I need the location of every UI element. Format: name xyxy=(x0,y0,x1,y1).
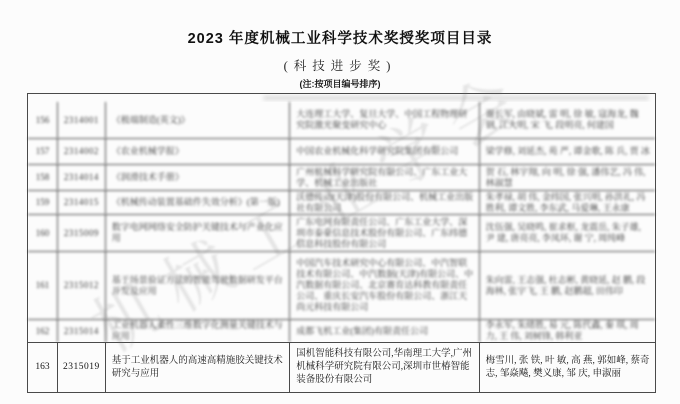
project-title-cell: 《极端制造(英文)》 xyxy=(106,102,290,138)
project-code-cell: 2315009 xyxy=(58,215,106,251)
page-subtitle: (科技进步奖) xyxy=(0,56,680,74)
organizations-cell: 广州机械科学研究院有限公司、广东工业大学、机械工业出版社 xyxy=(290,165,479,190)
project-title-cell: 《农业机械学报》 xyxy=(106,139,290,164)
awardees-cell: 梁学修, 刘延杰, 苑 严, 谭金歌, 陈 兵, 贾 冰 xyxy=(480,139,655,164)
table-row: 157 2314002 《农业机械学报》 中国农业机械化科学研究院集团有限公司 … xyxy=(28,138,655,164)
table-row: 163 2315019 基于工业机器人的高速高精施胶关键技术研究与应用 国机智能… xyxy=(28,342,655,392)
project-code-cell: 2314001 xyxy=(58,102,106,138)
project-code: 2314015 xyxy=(64,197,99,208)
awardees-cell: 梅雪川, 张 铁, 叶 敏, 高 燕, 郭如峰, 蔡奇志, 邹焱飚, 樊义康, … xyxy=(480,343,655,392)
table-row: 156 2314001 《极端制造(英文)》 大连理工大学、复旦大学、中国工程物… xyxy=(28,102,655,138)
row-number: 156 xyxy=(36,115,50,126)
organizations: 中国汽车技术研究中心有限公司、中汽智联技术有限公司、中汽数据(天津)有限公司、中… xyxy=(296,258,475,313)
project-title: 基于工业机器人的高速高精施胶关键技术研究与应用 xyxy=(112,355,286,381)
table-row: 160 2315009 数字电网网络安全防护关键技术与产业化应用 广东电网有限责… xyxy=(28,214,655,251)
table-row: 161 2315012 基于场景验证方法的智能驾驶数据研发平台开发及应用 中国汽… xyxy=(28,251,655,319)
awardees: 李永军, 朱绪胜, 易 元, 陈代鑫, 秦 琪, 周 力, 王 伟, 刘树锋, … xyxy=(486,320,652,342)
row-number: 157 xyxy=(36,146,50,157)
project-title-cell: 工业机器人柔性三维数字化测量关键技术与应用 xyxy=(106,320,290,342)
project-code-cell: 2315012 xyxy=(58,252,106,319)
row-number-cell: 156 xyxy=(28,102,58,138)
organizations-cell: 广东电网有限责任公司、广东工业大学、深圳市泰豪信息技术股份有限公司、广东纬德信息… xyxy=(290,215,479,251)
project-code: 2315012 xyxy=(64,280,99,291)
project-code: 2314014 xyxy=(64,172,99,183)
project-code-cell: 2315014 xyxy=(58,320,106,342)
project-title: 《润滑技术手册》 xyxy=(112,172,184,183)
table-row: 162 2315014 工业机器人柔性三维数字化测量关键技术与应用 成都飞机工业… xyxy=(28,319,655,342)
row-number: 162 xyxy=(36,326,50,337)
awardees: 沈伍强, 吴晓鸣, 崔求枢, 龙震岳, 朱子雄, 尹 建, 唐亮亮, 李凤环, … xyxy=(486,222,652,244)
awardees-cell: 谢长军, 由晓斌, 雷 明, 徐 敏, 寇海龙, 魏 钢, 江大明, 宋 飞, … xyxy=(480,102,655,138)
row-number-cell: 157 xyxy=(28,139,58,164)
awardees: 梅雪川, 张 铁, 叶 敏, 高 燕, 郭如峰, 蔡奇志, 邹焱飚, 樊义康, … xyxy=(486,355,652,381)
row-number-cell: 160 xyxy=(28,215,58,251)
project-title-cell: 数字电网网络安全防护关键技术与产业化应用 xyxy=(106,215,290,251)
organizations: 大连理工大学、复旦大学、中国工程物理研究院激光聚变研究中心 xyxy=(296,109,475,131)
project-code: 2315009 xyxy=(64,228,99,239)
awardees: 梁学修, 刘延杰, 苑 严, 谭金歌, 陈 兵, 贾 冰 xyxy=(486,146,650,157)
row-number: 161 xyxy=(36,280,50,291)
organizations: 广东电网有限责任公司、广东工业大学、深圳市泰豪信息技术股份有限公司、广东纬德信息… xyxy=(296,217,475,250)
organizations: 成都飞机工业(集团)有限责任公司 xyxy=(296,326,428,337)
organizations: 沃德传动(天津)股份有限公司、机械工业出版社有限公司 xyxy=(296,192,475,214)
clipped-top-row xyxy=(28,94,655,102)
project-title-cell: 《机械传动装置基础件失效分析》(第一版) xyxy=(106,191,290,214)
organizations: 国机智能科技有限公司,华南理工大学,广州机械科学研究院有限公司,深圳市世椿智能装… xyxy=(296,348,475,387)
row-number-cell: 159 xyxy=(28,191,58,214)
project-title: 数字电网网络安全防护关键技术与产业化应用 xyxy=(112,222,286,244)
organizations-cell: 中国汽车技术研究中心有限公司、中汽智联技术有限公司、中汽数据(天津)有限公司、中… xyxy=(290,252,479,319)
table-row: 158 2314014 《润滑技术手册》 广州机械科学研究院有限公司、广东工业大… xyxy=(28,164,655,190)
row-number-cell: 161 xyxy=(28,252,58,319)
project-code-cell: 2314014 xyxy=(58,165,106,190)
organizations-cell: 中国农业机械化科学研究院集团有限公司 xyxy=(290,139,479,164)
awardees: 贺 石, 林宇翔, 向 明, 徐 强, 潘伟艺, 冯 伟, 林淑慧 xyxy=(486,167,652,189)
organizations-cell: 成都飞机工业(集团)有限责任公司 xyxy=(290,320,479,342)
awardees-cell: 朱孝禄, 胡 伟, 金纬国, 张兴明, 孙洪礼, 冯胜利, 谭文胜, 李东武, … xyxy=(480,191,655,214)
row-number-cell: 162 xyxy=(28,320,58,342)
project-title: 《极端制造(英文)》 xyxy=(112,115,190,126)
row-number-cell: 158 xyxy=(28,165,58,190)
row-number: 163 xyxy=(35,361,49,374)
award-project-table: 156 2314001 《极端制造(英文)》 大连理工大学、复旦大学、中国工程物… xyxy=(27,93,656,393)
awardees-cell: 朱向雷, 王志强, 杜志彬, 黄晓延, 赵 鹏, 段海林, 张宇飞, 王 鹏, … xyxy=(480,252,655,319)
awardees: 谢长军, 由晓斌, 雷 明, 徐 敏, 寇海龙, 魏 钢, 江大明, 宋 飞, … xyxy=(486,109,652,131)
project-code-cell: 2314002 xyxy=(58,139,106,164)
organizations-cell: 沃德传动(天津)股份有限公司、机械工业出版社有限公司 xyxy=(290,191,479,214)
project-title: 工业机器人柔性三维数字化测量关键技术与应用 xyxy=(112,320,286,342)
project-title: 《农业机械学报》 xyxy=(112,146,184,157)
project-code: 2315014 xyxy=(64,326,99,337)
project-code: 2314002 xyxy=(64,146,99,157)
sort-note: (注:按项目编号排序) xyxy=(0,77,680,90)
awardees-cell: 沈伍强, 吴晓鸣, 崔求枢, 龙震岳, 朱子雄, 尹 建, 唐亮亮, 李凤环, … xyxy=(480,215,655,251)
organizations: 中国农业机械化科学研究院集团有限公司 xyxy=(296,146,458,157)
project-title: 基于场景验证方法的智能驾驶数据研发平台开发及应用 xyxy=(112,275,286,297)
project-code-cell: 2314015 xyxy=(58,191,106,214)
row-number: 159 xyxy=(36,197,50,208)
table-body: 156 2314001 《极端制造(英文)》 大连理工大学、复旦大学、中国工程物… xyxy=(28,102,655,392)
table-row: 159 2314015 《机械传动装置基础件失效分析》(第一版) 沃德传动(天津… xyxy=(28,190,655,214)
project-title-cell: 《润滑技术手册》 xyxy=(106,165,290,190)
organizations-cell: 大连理工大学、复旦大学、中国工程物理研究院激光聚变研究中心 xyxy=(290,102,479,138)
row-number-cell: 163 xyxy=(28,343,58,392)
awardees-cell: 李永军, 朱绪胜, 易 元, 陈代鑫, 秦 琪, 周 力, 王 伟, 刘树锋, … xyxy=(480,320,655,342)
page-title: 2023 年度机械工业科学技术奖授奖项目目录 xyxy=(0,27,680,48)
project-title-cell: 基于场景验证方法的智能驾驶数据研发平台开发及应用 xyxy=(106,252,290,319)
project-code-cell: 2315019 xyxy=(58,343,106,392)
project-code: 2315019 xyxy=(63,361,100,374)
row-number: 158 xyxy=(36,172,50,183)
organizations: 广州机械科学研究院有限公司、广东工业大学、机械工业出版社 xyxy=(296,167,475,189)
project-code: 2314001 xyxy=(64,115,99,126)
document-page: 2023 年度机械工业科学技术奖授奖项目目录 (科技进步奖) (注:按项目编号排… xyxy=(0,0,680,404)
clipped-text-smudge xyxy=(263,96,649,100)
project-title: 《机械传动装置基础件失效分析》(第一版) xyxy=(112,197,280,208)
project-title-cell: 基于工业机器人的高速高精施胶关键技术研究与应用 xyxy=(106,343,290,392)
awardees-cell: 贺 石, 林宇翔, 向 明, 徐 强, 潘伟艺, 冯 伟, 林淑慧 xyxy=(480,165,655,190)
awardees: 朱孝禄, 胡 伟, 金纬国, 张兴明, 孙洪礼, 冯胜利, 谭文胜, 李东武, … xyxy=(486,192,652,214)
organizations-cell: 国机智能科技有限公司,华南理工大学,广州机械科学研究院有限公司,深圳市世椿智能装… xyxy=(290,343,479,392)
row-number: 160 xyxy=(36,228,50,239)
awardees: 朱向雷, 王志强, 杜志彬, 黄晓延, 赵 鹏, 段海林, 张宇飞, 王 鹏, … xyxy=(486,275,652,297)
